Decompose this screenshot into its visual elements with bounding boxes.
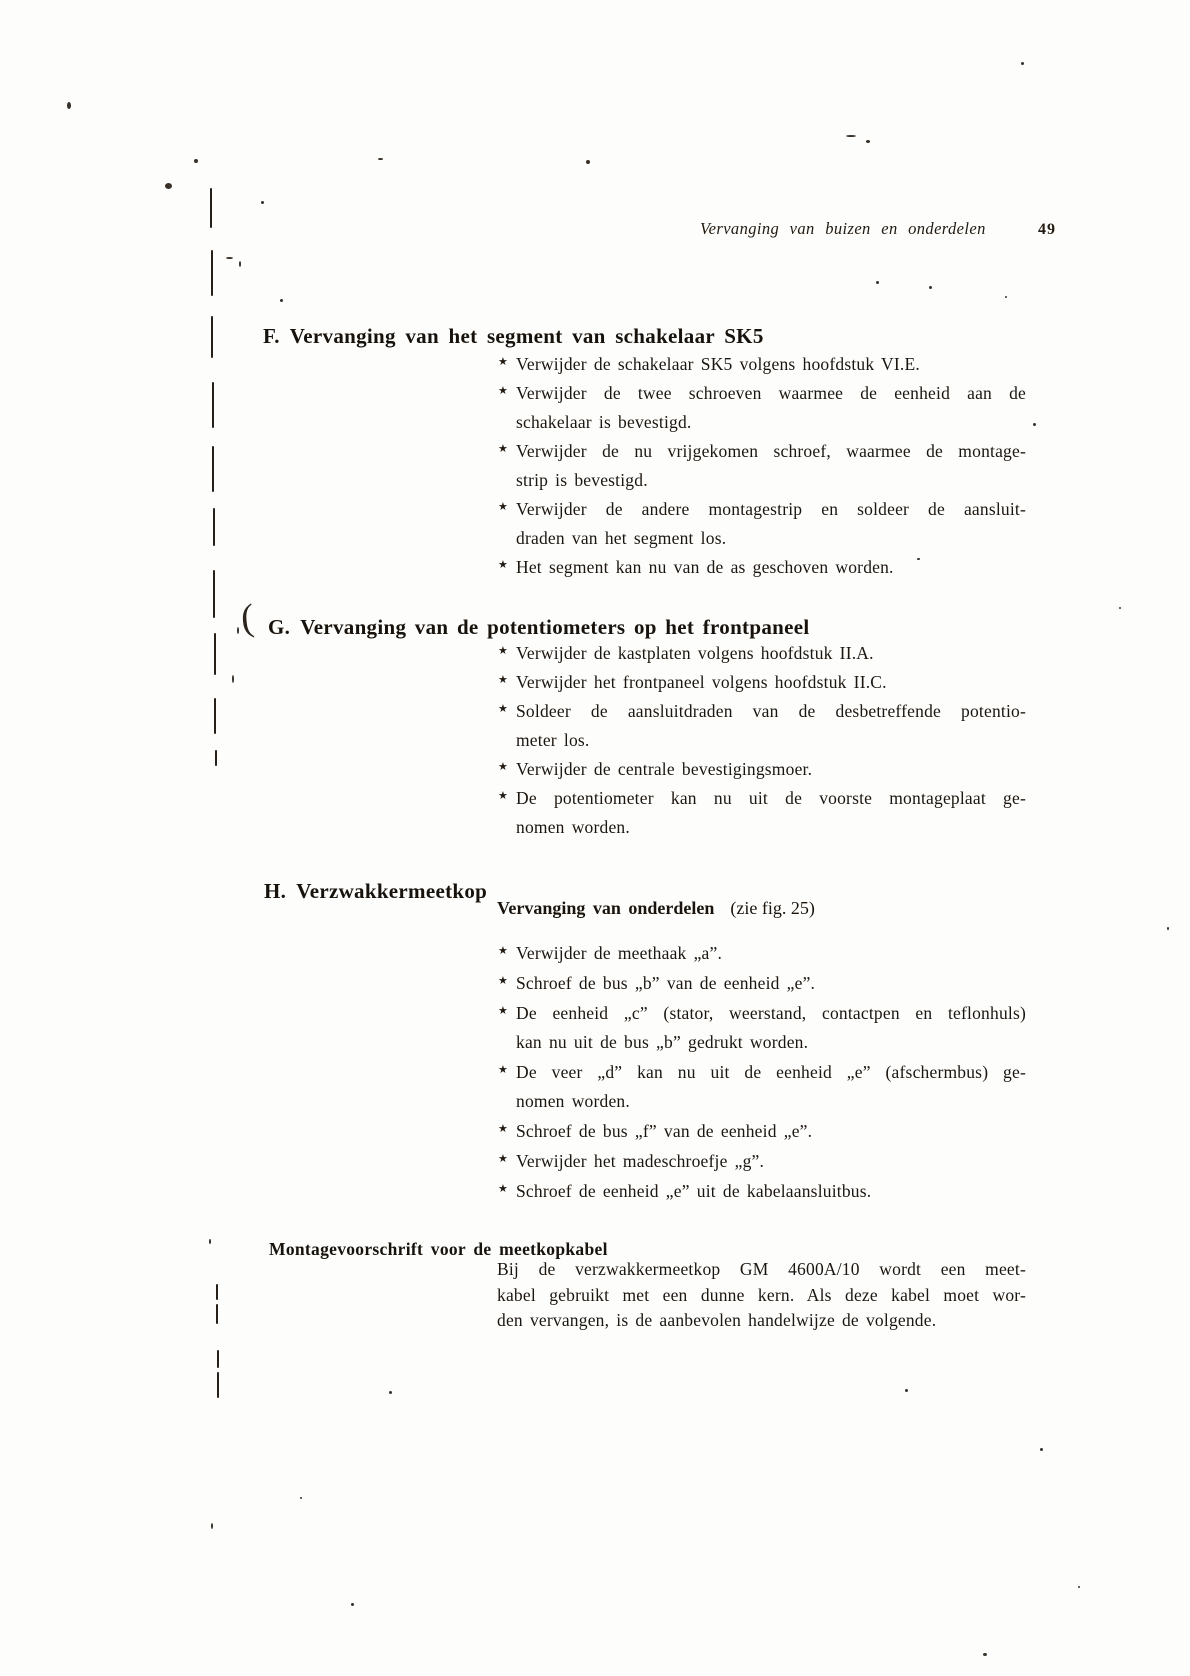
section-heading-g: G.Vervanging van de potentiometers op he… — [268, 616, 809, 639]
text-line: Verwijder de schakelaar SK5 volgens hoof… — [516, 350, 1026, 379]
text-line: Verwijder de meethaak „a”. — [516, 939, 1026, 968]
scan-speckle — [194, 159, 198, 163]
margin-binding-mark — [214, 698, 216, 734]
text-line: De eenheid „c” (stator, weerstand, conta… — [516, 999, 1026, 1028]
text-line: Bij de verzwakkermeetkop GM 4600A/10 wor… — [497, 1257, 1026, 1283]
text-line: kabel gebruikt met een dunne kern. Als d… — [497, 1283, 1026, 1309]
text-line: Verwijder de andere montagestrip en sold… — [516, 495, 1026, 524]
list-item: ★Verwijder de meethaak „a”. — [497, 939, 1026, 968]
star-bullet-icon: ★ — [498, 1152, 508, 1165]
list-item: ★De eenheid „c” (stator, weerstand, cont… — [497, 999, 1026, 1057]
list-item: ★Verwijder de kastplaten volgens hoofdst… — [497, 639, 1026, 668]
margin-binding-mark — [210, 188, 212, 228]
scan-speckle — [67, 102, 71, 109]
star-bullet-icon: ★ — [498, 500, 508, 513]
scan-speckle — [866, 140, 870, 143]
text-line: Schroef de eenheid „e” uit de kabelaansl… — [516, 1177, 1026, 1206]
scan-speckle — [351, 1603, 354, 1606]
scan-speckle — [232, 675, 234, 683]
scan-speckle — [1078, 1586, 1080, 1588]
text-line: draden van het segment los. — [516, 524, 1026, 553]
list-item: ★Verwijder de centrale bevestigingsmoer. — [497, 755, 1026, 784]
meetkopkabel-paragraph: Bij de verzwakkermeetkop GM 4600A/10 wor… — [497, 1257, 1026, 1334]
margin-binding-mark — [213, 508, 215, 546]
list-item: ★Het segment kan nu van de as geschoven … — [497, 553, 1026, 582]
list-item: ★Verwijder het madeschroefje „g”. — [497, 1147, 1026, 1176]
text-line: Verwijder de centrale bevestigingsmoer. — [516, 755, 1026, 784]
scan-speckle — [917, 558, 920, 560]
subsection-heading: Vervanging van onderdelen(zie fig. 25) — [497, 898, 815, 919]
running-header: Vervanging van buizen en onderdelen 49 — [700, 219, 1056, 239]
scan-speckle — [165, 183, 172, 189]
margin-binding-mark — [212, 446, 214, 492]
star-bullet-icon: ★ — [498, 1122, 508, 1135]
scan-speckle — [1119, 607, 1121, 609]
section-label: F. — [263, 324, 280, 348]
section-heading-h: H.Verzwakkermeetkop — [264, 880, 487, 903]
text-line: nomen worden. — [516, 1087, 1026, 1116]
page-number: 49 — [1038, 221, 1056, 239]
scan-speckle — [846, 135, 856, 137]
text-line: De potentiometer kan nu uit de voorste m… — [516, 784, 1026, 813]
star-bullet-icon: ★ — [498, 944, 508, 957]
scan-speckle — [1021, 62, 1024, 65]
scan-speckle — [1167, 927, 1169, 930]
figure-reference: (zie fig. 25) — [730, 898, 814, 918]
list-item: ★Verwijder het frontpaneel volgens hoofd… — [497, 668, 1026, 697]
star-bullet-icon: ★ — [498, 1004, 508, 1017]
scan-speckle — [211, 1523, 213, 1529]
text-line: Schroef de bus „b” van de eenheid „e”. — [516, 969, 1026, 998]
section-title: Vervanging van de potentiometers op het … — [300, 615, 809, 639]
margin-binding-mark — [212, 382, 214, 428]
scan-speckle — [226, 257, 233, 259]
scan-speckle — [389, 1391, 392, 1394]
star-bullet-icon: ★ — [498, 789, 508, 802]
text-line: schakelaar is bevestigd. — [516, 408, 1026, 437]
text-line: nomen worden. — [516, 813, 1026, 842]
star-bullet-icon: ★ — [498, 644, 508, 657]
section-label: G. — [268, 615, 290, 639]
scan-speckle — [280, 299, 283, 302]
subsection-title: Vervanging van onderdelen — [497, 898, 714, 918]
star-bullet-icon: ★ — [498, 355, 508, 368]
section-f-bullet-list: ★Verwijder de schakelaar SK5 volgens hoo… — [497, 350, 1026, 582]
list-item: ★Verwijder de twee schroeven waarmee de … — [497, 379, 1026, 437]
text-line: kan nu uit de bus „b” gedrukt worden. — [516, 1028, 1026, 1057]
list-item: ★Verwijder de andere montagestrip en sol… — [497, 495, 1026, 553]
scan-speckle — [378, 158, 383, 160]
scan-speckle — [929, 286, 932, 289]
star-bullet-icon: ★ — [498, 974, 508, 987]
text-line: Verwijder de nu vrijgekomen schroef, waa… — [516, 437, 1026, 466]
scan-speckle — [237, 627, 239, 634]
text-line: Soldeer de aansluitdraden van de desbetr… — [516, 697, 1026, 726]
scan-speckle — [905, 1389, 908, 1392]
star-bullet-icon: ★ — [498, 673, 508, 686]
running-title: Vervanging van buizen en onderdelen — [700, 219, 986, 239]
list-item: ★Verwijder de nu vrijgekomen schroef, wa… — [497, 437, 1026, 495]
text-line: meter los. — [516, 726, 1026, 755]
scan-speckle — [876, 281, 879, 284]
margin-binding-mark — [213, 570, 215, 618]
margin-binding-mark — [215, 750, 217, 766]
text-line: Schroef de bus „f” van de eenheid „e”. — [516, 1117, 1026, 1146]
list-item: ★Schroef de bus „f” van de eenheid „e”. — [497, 1117, 1026, 1146]
star-bullet-icon: ★ — [498, 1182, 508, 1195]
list-item: ★Verwijder de schakelaar SK5 volgens hoo… — [497, 350, 1026, 379]
list-item: ★De veer „d” kan nu uit de eenheid „e” (… — [497, 1058, 1026, 1116]
star-bullet-icon: ★ — [498, 558, 508, 571]
handwritten-paren-mark: ( — [239, 597, 255, 640]
margin-binding-mark — [211, 250, 213, 296]
list-item: ★De potentiometer kan nu uit de voorste … — [497, 784, 1026, 842]
list-item: ★Schroef de eenheid „e” uit de kabelaans… — [497, 1177, 1026, 1206]
scan-speckle — [209, 1239, 211, 1244]
scan-speckle — [1033, 423, 1036, 426]
margin-binding-mark — [216, 1284, 218, 1300]
section-g-bullet-list: ★Verwijder de kastplaten volgens hoofdst… — [497, 639, 1026, 842]
scan-speckle — [1040, 1448, 1043, 1451]
text-line: Verwijder de twee schroeven waarmee de e… — [516, 379, 1026, 408]
text-line: den vervangen, is de aanbevolen handelwi… — [497, 1308, 1026, 1334]
section-heading-f: F.Vervanging van het segment van schakel… — [263, 325, 764, 348]
list-item: ★Soldeer de aansluitdraden van de desbet… — [497, 697, 1026, 755]
section-title: Verzwakkermeetkop — [296, 879, 487, 903]
margin-binding-mark — [217, 1350, 219, 1368]
star-bullet-icon: ★ — [498, 384, 508, 397]
scan-speckle — [586, 160, 590, 164]
section-label: H. — [264, 879, 286, 903]
text-line: Het segment kan nu van de as geschoven w… — [516, 553, 1026, 582]
scan-speckle — [983, 1653, 987, 1656]
scan-speckle — [261, 201, 264, 204]
star-bullet-icon: ★ — [498, 702, 508, 715]
document-page: Vervanging van buizen en onderdelen 49 F… — [0, 0, 1190, 1676]
text-line: De veer „d” kan nu uit de eenheid „e” (a… — [516, 1058, 1026, 1087]
star-bullet-icon: ★ — [498, 760, 508, 773]
text-line: Verwijder het frontpaneel volgens hoofds… — [516, 668, 1026, 697]
text-line: Verwijder de kastplaten volgens hoofdstu… — [516, 639, 1026, 668]
list-item: ★Schroef de bus „b” van de eenheid „e”. — [497, 969, 1026, 998]
text-line: strip is bevestigd. — [516, 466, 1026, 495]
section-title: Vervanging van het segment van schakelaa… — [290, 324, 764, 348]
star-bullet-icon: ★ — [498, 1063, 508, 1076]
section-h-bullet-list: ★Verwijder de meethaak „a”.★Schroef de b… — [497, 939, 1026, 1207]
scan-speckle — [1005, 296, 1007, 298]
margin-binding-mark — [211, 316, 213, 358]
scan-speckle — [300, 1497, 302, 1499]
star-bullet-icon: ★ — [498, 442, 508, 455]
margin-binding-mark — [214, 633, 216, 675]
margin-binding-mark — [217, 1372, 219, 1398]
margin-binding-mark — [216, 1304, 218, 1324]
scan-speckle — [239, 261, 241, 267]
text-line: Verwijder het madeschroefje „g”. — [516, 1147, 1026, 1176]
